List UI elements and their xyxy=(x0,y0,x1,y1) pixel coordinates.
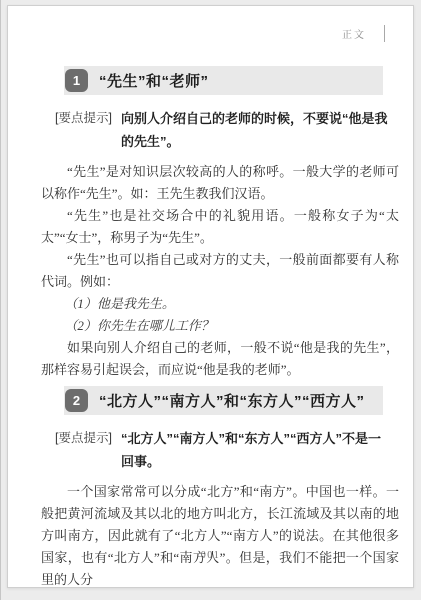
example-sentence: （1）他是我先生。 xyxy=(64,293,399,315)
key-point-label: [要点提示] xyxy=(55,107,112,153)
section-1-key-point: [要点提示] 向别人介绍自己的老师的时候，不要说“他是我的先生”。 xyxy=(55,107,399,153)
section-1-title: “先生”和“老师” xyxy=(99,70,209,91)
section-2-header-bar: 2 “北方人”“南方人”和“东方人”“西方人” xyxy=(64,386,383,415)
example-sentence: （2）你先生在哪儿工作？ xyxy=(64,315,399,337)
page-number: 001 xyxy=(8,550,413,561)
running-header-title: 正文 xyxy=(342,26,366,41)
book-page: 正文 1 “先生”和“老师” [要点提示] 向别人介绍自己的老师的时候，不要说“… xyxy=(7,5,414,588)
document-canvas: 正文 1 “先生”和“老师” [要点提示] 向别人介绍自己的老师的时候，不要说“… xyxy=(0,0,421,600)
body-paragraph: “先生”也可以指自己或对方的丈夫，一般前面都要有人称代词。例如： xyxy=(41,249,399,293)
key-point-text: 向别人介绍自己的老师的时候，不要说“他是我的先生”。 xyxy=(121,107,393,153)
body-paragraph: “先生”也是社交场合中的礼貌用语。一般称女子为“太太”“女士”，称男子为“先生”… xyxy=(41,205,399,249)
running-header: 正文 xyxy=(8,6,413,42)
section-2-title: “北方人”“南方人”和“东方人”“西方人” xyxy=(99,390,365,411)
page-content: 1 “先生”和“老师” [要点提示] 向别人介绍自己的老师的时候，不要说“他是我… xyxy=(8,66,413,591)
body-paragraph: 如果向别人介绍自己的老师，一般不说“他是我的先生”，那样容易引起误会，而应说“他… xyxy=(41,337,399,381)
key-point-text: “北方人”“南方人”和“东方人”“西方人”不是一回事。 xyxy=(121,427,393,473)
body-paragraph: “先生”是对知识层次较高的人的称呼。一般大学的老师可以称作“先生”。如：王先生教… xyxy=(41,161,399,205)
section-1-number-badge: 1 xyxy=(65,69,88,92)
key-point-label: [要点提示] xyxy=(55,427,112,473)
section-2-key-point: [要点提示] “北方人”“南方人”和“东方人”“西方人”不是一回事。 xyxy=(55,427,399,473)
body-paragraph: 一个国家常常可以分成“北方”和“南方”。中国也一样。一般把黄河流域及其以北的地方… xyxy=(41,481,399,591)
section-1-header-bar: 1 “先生”和“老师” xyxy=(64,66,383,95)
section-2-number-badge: 2 xyxy=(65,389,88,412)
running-header-divider xyxy=(384,25,385,42)
